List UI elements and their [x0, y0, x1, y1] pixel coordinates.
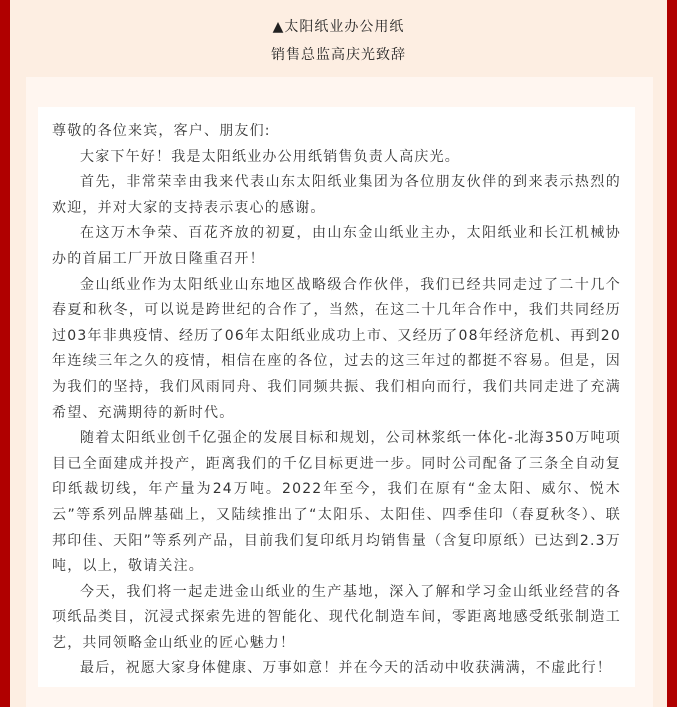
salutation: 尊敬的各位来宾，客户、朋友们: — [52, 119, 621, 145]
speech-paragraph: 在这万木争荣、百花齐放的初夏，由山东金山纸业主办，太阳纸业和长江机械协办的首届工… — [52, 221, 621, 272]
speech-paragraph: 最后，祝愿大家身体健康、万事如意！并在今天的活动中收获满满，不虚此行！ — [52, 656, 621, 682]
article-page: ▲太阳纸业办公用纸 销售总监高庆光致辞 尊敬的各位来宾，客户、朋友们: 大家下午… — [10, 0, 667, 707]
speech-paragraph: 今天，我们将一起走进金山纸业的生产基地，深入了解和学习金山纸业经营的各项纸品类目… — [52, 580, 621, 657]
speech-card: 尊敬的各位来宾，客户、朋友们: 大家下午好！我是太阳纸业办公用纸销售负责人高庆光… — [26, 77, 653, 707]
speech-paragraph: 首先，非常荣幸由我来代表山东太阳纸业集团为各位朋友伙伴的到来表示热烈的欢迎，并对… — [52, 170, 621, 221]
caption-line-2: 销售总监高庆光致辞 — [10, 41, 667, 69]
speech-paragraph: 随着太阳纸业创千亿强企的发展目标和规划，公司林浆纸一体化-北海350万吨项目已全… — [52, 426, 621, 580]
image-caption: ▲太阳纸业办公用纸 销售总监高庆光致辞 — [10, 0, 667, 69]
speech-paragraph: 大家下午好！我是太阳纸业办公用纸销售负责人高庆光。 — [52, 145, 621, 171]
caption-line-1: ▲太阳纸业办公用纸 — [10, 13, 667, 41]
speech-paragraph: 金山纸业作为太阳纸业山东地区战略级合作伙伴，我们已经共同走过了二十几个春夏和秋冬… — [52, 273, 621, 427]
speech-content: 尊敬的各位来宾，客户、朋友们: 大家下午好！我是太阳纸业办公用纸销售负责人高庆光… — [38, 107, 635, 687]
